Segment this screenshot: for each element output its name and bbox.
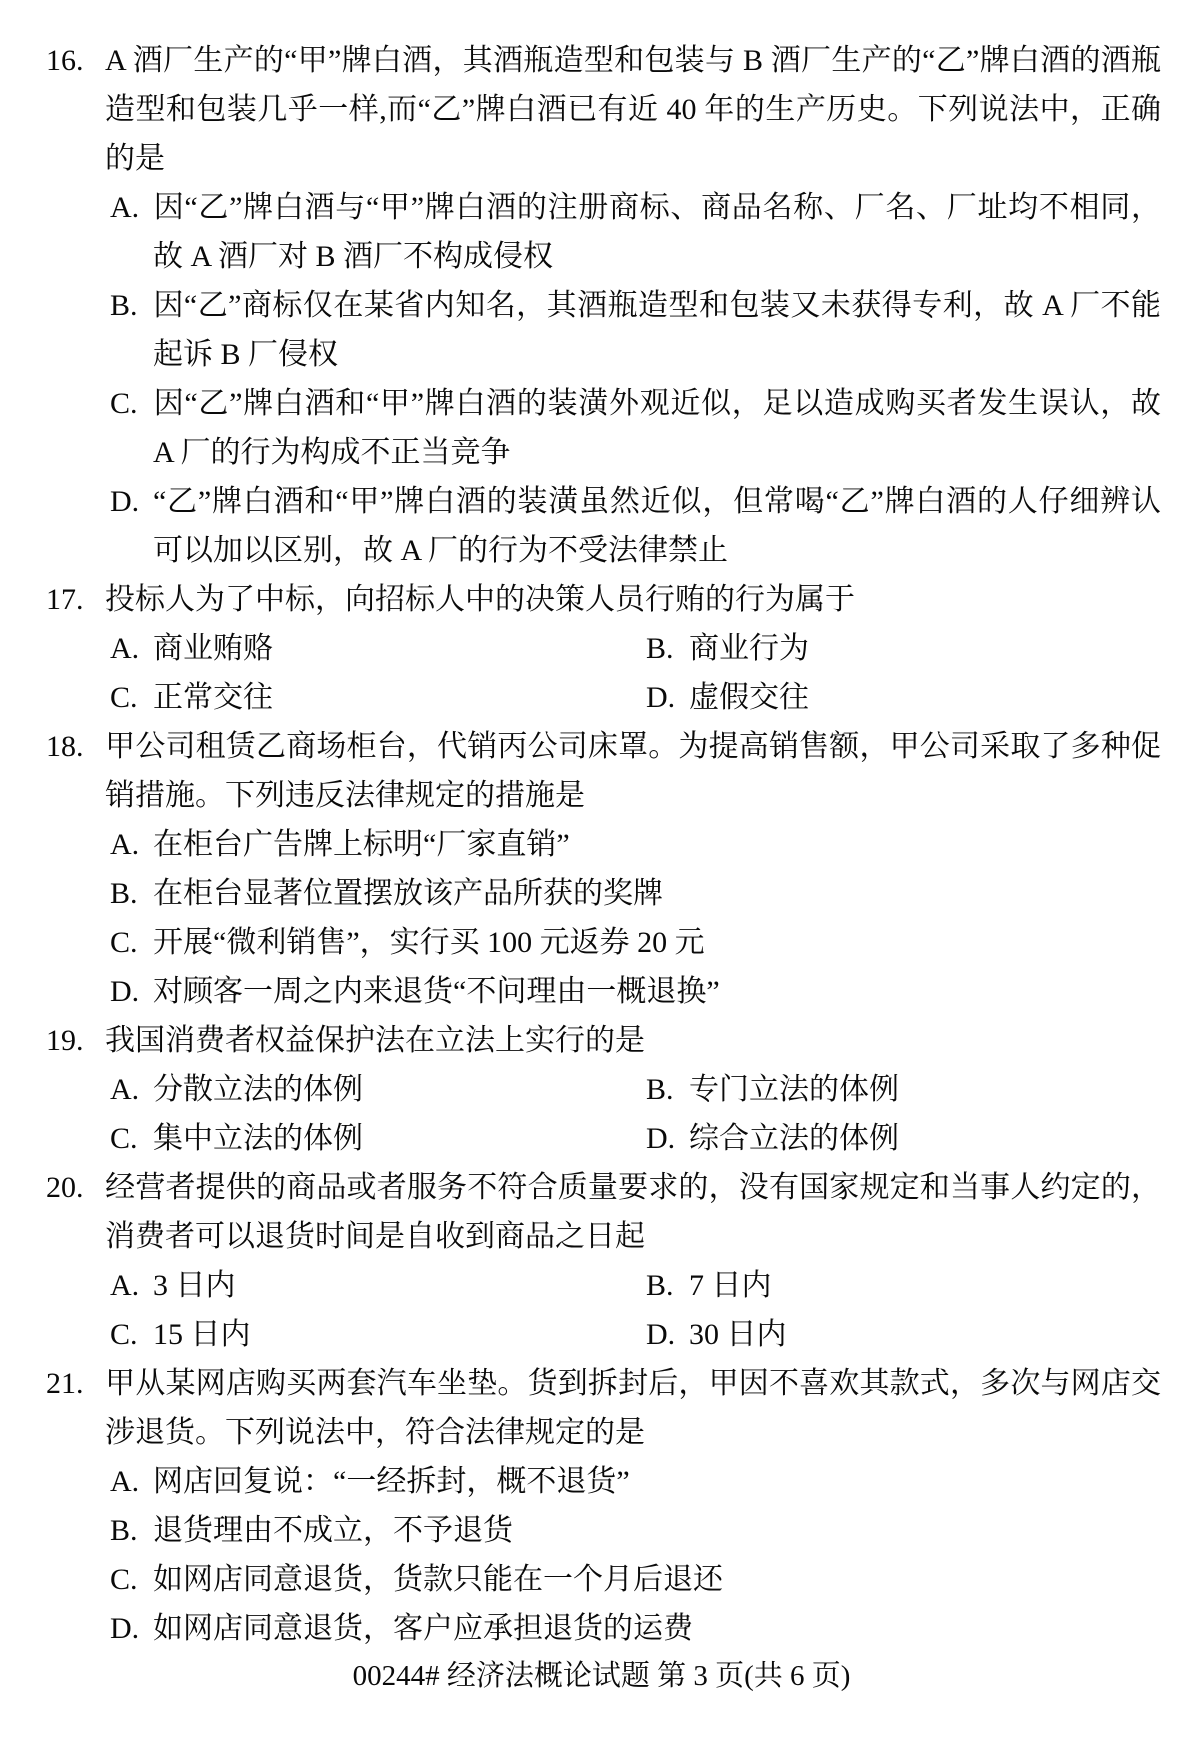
option-d: D.对顾客一周之内来退货“不问理由一概退换” <box>110 967 1161 1016</box>
option-c: C.因“乙”牌白酒和“甲”牌白酒的装潢外观近似，足以造成购买者发生误认，故 A … <box>110 379 1161 477</box>
question-stem: 20.经营者提供的商品或者服务不符合质量要求的，没有国家规定和当事人约定的，消费… <box>46 1163 1161 1261</box>
option-text: 7 日内 <box>689 1269 772 1302</box>
options-list: A.网店回复说：“一经拆封，概不退货” B.退货理由不成立，不予退货 C.如网店… <box>46 1457 1161 1653</box>
question-stem-text: 甲从某网店购买两套汽车坐垫。货到拆封后，甲因不喜欢其款式，多次与网店交涉退货。下… <box>105 1367 1161 1449</box>
option-c: C.15 日内 <box>110 1310 582 1359</box>
option-a: A.因“乙”牌白酒与“甲”牌白酒的注册商标、商品名称、厂名、厂址均不相同，故 A… <box>110 183 1161 281</box>
option-d: D.“乙”牌白酒和“甲”牌白酒的装潢虽然近似，但常喝“乙”牌白酒的人仔细辨认可以… <box>110 477 1161 575</box>
option-label: D. <box>646 1310 689 1359</box>
option-label: A. <box>110 624 153 673</box>
options-list: A.在柜台广告牌上标明“厂家直销” B.在柜台显著位置摆放该产品所获的奖牌 C.… <box>46 820 1161 1016</box>
option-label: A. <box>110 183 153 232</box>
option-b: B.商业行为 <box>646 624 1161 673</box>
option-label: C. <box>110 379 153 428</box>
option-a: A.网店回复说：“一经拆封，概不退货” <box>110 1457 1161 1506</box>
option-text: 商业贿赂 <box>153 632 273 665</box>
option-label: A. <box>110 1261 153 1310</box>
option-text: “乙”牌白酒和“甲”牌白酒的装潢虽然近似，但常喝“乙”牌白酒的人仔细辨认可以加以… <box>153 485 1161 567</box>
option-a: A.分散立法的体例 <box>110 1065 582 1114</box>
option-label: A. <box>110 1065 153 1114</box>
option-label: D. <box>110 1604 153 1653</box>
option-text: 30 日内 <box>689 1318 787 1351</box>
question-number: 19. <box>46 1016 105 1065</box>
option-label: D. <box>646 1114 689 1163</box>
option-text: 因“乙”商标仅在某省内知名，其酒瓶造型和包装又未获得专利，故 A 厂不能起诉 B… <box>153 289 1161 371</box>
option-text: 在柜台显著位置摆放该产品所获的奖牌 <box>153 877 663 910</box>
question-number: 21. <box>46 1359 105 1408</box>
option-a: A.商业贿赂 <box>110 624 582 673</box>
question-17: 17.投标人为了中标，向招标人中的决策人员行贿的行为属于 A.商业贿赂 B.商业… <box>46 575 1161 722</box>
option-text: 开展“微利销售”，实行买 100 元返券 20 元 <box>153 926 705 959</box>
option-text: 综合立法的体例 <box>689 1122 899 1155</box>
question-number: 20. <box>46 1163 105 1212</box>
option-text: 虚假交往 <box>689 681 809 714</box>
option-text: 15 日内 <box>153 1318 251 1351</box>
option-label: D. <box>110 967 153 1016</box>
option-text: 如网店同意退货，客户应承担退货的运费 <box>153 1612 693 1645</box>
option-c: C.正常交往 <box>110 673 582 722</box>
option-label: B. <box>646 1261 689 1310</box>
option-label: A. <box>110 820 153 869</box>
options-grid: A.商业贿赂 B.商业行为 C.正常交往 D.虚假交往 <box>46 624 1161 722</box>
question-stem-text: 甲公司租赁乙商场柜台，代销丙公司床罩。为提高销售额，甲公司采取了多种促销措施。下… <box>105 730 1161 812</box>
option-label: C. <box>110 918 153 967</box>
exam-content: 16.A 酒厂生产的“甲”牌白酒，其酒瓶造型和包装与 B 酒厂生产的“乙”牌白酒… <box>0 0 1203 1653</box>
question-number: 18. <box>46 722 105 771</box>
question-stem-text: 经营者提供的商品或者服务不符合质量要求的，没有国家规定和当事人约定的，消费者可以… <box>105 1171 1161 1253</box>
option-text: 因“乙”牌白酒和“甲”牌白酒的装潢外观近似，足以造成购买者发生误认，故 A 厂的… <box>153 387 1161 469</box>
options-grid: A.分散立法的体例 B.专门立法的体例 C.集中立法的体例 D.综合立法的体例 <box>46 1065 1161 1163</box>
option-b: B.7 日内 <box>646 1261 1161 1310</box>
option-text: 正常交往 <box>153 681 273 714</box>
option-label: D. <box>110 477 153 526</box>
scanned-exam-page: { "footer": "00244# 经济法概论试题 第 3 页(共 6 页)… <box>0 0 1203 1745</box>
option-label: B. <box>110 1506 153 1555</box>
options-list: A.因“乙”牌白酒与“甲”牌白酒的注册商标、商品名称、厂名、厂址均不相同，故 A… <box>46 183 1161 575</box>
option-label: C. <box>110 673 153 722</box>
option-label: B. <box>110 281 153 330</box>
question-number: 17. <box>46 575 105 624</box>
option-label: D. <box>646 673 689 722</box>
option-label: B. <box>646 624 689 673</box>
question-number: 16. <box>46 36 105 85</box>
option-d: D.综合立法的体例 <box>646 1114 1161 1163</box>
question-stem: 18.甲公司租赁乙商场柜台，代销丙公司床罩。为提高销售额，甲公司采取了多种促销措… <box>46 722 1161 820</box>
question-stem-text: A 酒厂生产的“甲”牌白酒，其酒瓶造型和包装与 B 酒厂生产的“乙”牌白酒的酒瓶… <box>105 44 1161 175</box>
question-stem: 17.投标人为了中标，向招标人中的决策人员行贿的行为属于 <box>46 575 1161 624</box>
option-label: C. <box>110 1555 153 1604</box>
option-text: 在柜台广告牌上标明“厂家直销” <box>153 828 570 861</box>
question-21: 21.甲从某网店购买两套汽车坐垫。货到拆封后，甲因不喜欢其款式，多次与网店交涉退… <box>46 1359 1161 1653</box>
question-stem: 16.A 酒厂生产的“甲”牌白酒，其酒瓶造型和包装与 B 酒厂生产的“乙”牌白酒… <box>46 36 1161 183</box>
option-label: B. <box>110 869 153 918</box>
option-b: B.专门立法的体例 <box>646 1065 1161 1114</box>
option-b: B.在柜台显著位置摆放该产品所获的奖牌 <box>110 869 1161 918</box>
option-a: A.在柜台广告牌上标明“厂家直销” <box>110 820 1161 869</box>
option-label: C. <box>110 1114 153 1163</box>
option-text: 退货理由不成立，不予退货 <box>153 1514 513 1547</box>
option-text: 专门立法的体例 <box>689 1073 899 1106</box>
option-d: D.如网店同意退货，客户应承担退货的运费 <box>110 1604 1161 1653</box>
option-label: C. <box>110 1310 153 1359</box>
option-text: 集中立法的体例 <box>153 1122 363 1155</box>
option-text: 网店回复说：“一经拆封，概不退货” <box>153 1465 630 1498</box>
question-16: 16.A 酒厂生产的“甲”牌白酒，其酒瓶造型和包装与 B 酒厂生产的“乙”牌白酒… <box>46 36 1161 575</box>
question-stem-text: 投标人为了中标，向招标人中的决策人员行贿的行为属于 <box>105 583 855 616</box>
question-18: 18.甲公司租赁乙商场柜台，代销丙公司床罩。为提高销售额，甲公司采取了多种促销措… <box>46 722 1161 1016</box>
option-text: 如网店同意退货，货款只能在一个月后退还 <box>153 1563 723 1596</box>
option-text: 对顾客一周之内来退货“不问理由一概退换” <box>153 975 720 1008</box>
option-text: 因“乙”牌白酒与“甲”牌白酒的注册商标、商品名称、厂名、厂址均不相同，故 A 酒… <box>153 191 1161 273</box>
question-stem-text: 我国消费者权益保护法在立法上实行的是 <box>105 1024 645 1057</box>
page-footer: 00244# 经济法概论试题 第 3 页(共 6 页) <box>0 1658 1203 1694</box>
option-d: D.30 日内 <box>646 1310 1161 1359</box>
question-19: 19.我国消费者权益保护法在立法上实行的是 A.分散立法的体例 B.专门立法的体… <box>46 1016 1161 1163</box>
option-c: C.如网店同意退货，货款只能在一个月后退还 <box>110 1555 1161 1604</box>
option-a: A.3 日内 <box>110 1261 582 1310</box>
option-text: 分散立法的体例 <box>153 1073 363 1106</box>
option-c: C.集中立法的体例 <box>110 1114 582 1163</box>
option-b: B.退货理由不成立，不予退货 <box>110 1506 1161 1555</box>
option-label: A. <box>110 1457 153 1506</box>
option-b: B.因“乙”商标仅在某省内知名，其酒瓶造型和包装又未获得专利，故 A 厂不能起诉… <box>110 281 1161 379</box>
option-c: C.开展“微利销售”，实行买 100 元返券 20 元 <box>110 918 1161 967</box>
option-text: 3 日内 <box>153 1269 236 1302</box>
option-d: D.虚假交往 <box>646 673 1161 722</box>
question-20: 20.经营者提供的商品或者服务不符合质量要求的，没有国家规定和当事人约定的，消费… <box>46 1163 1161 1359</box>
question-stem: 21.甲从某网店购买两套汽车坐垫。货到拆封后，甲因不喜欢其款式，多次与网店交涉退… <box>46 1359 1161 1457</box>
option-label: B. <box>646 1065 689 1114</box>
option-text: 商业行为 <box>689 632 809 665</box>
options-grid: A.3 日内 B.7 日内 C.15 日内 D.30 日内 <box>46 1261 1161 1359</box>
question-stem: 19.我国消费者权益保护法在立法上实行的是 <box>46 1016 1161 1065</box>
